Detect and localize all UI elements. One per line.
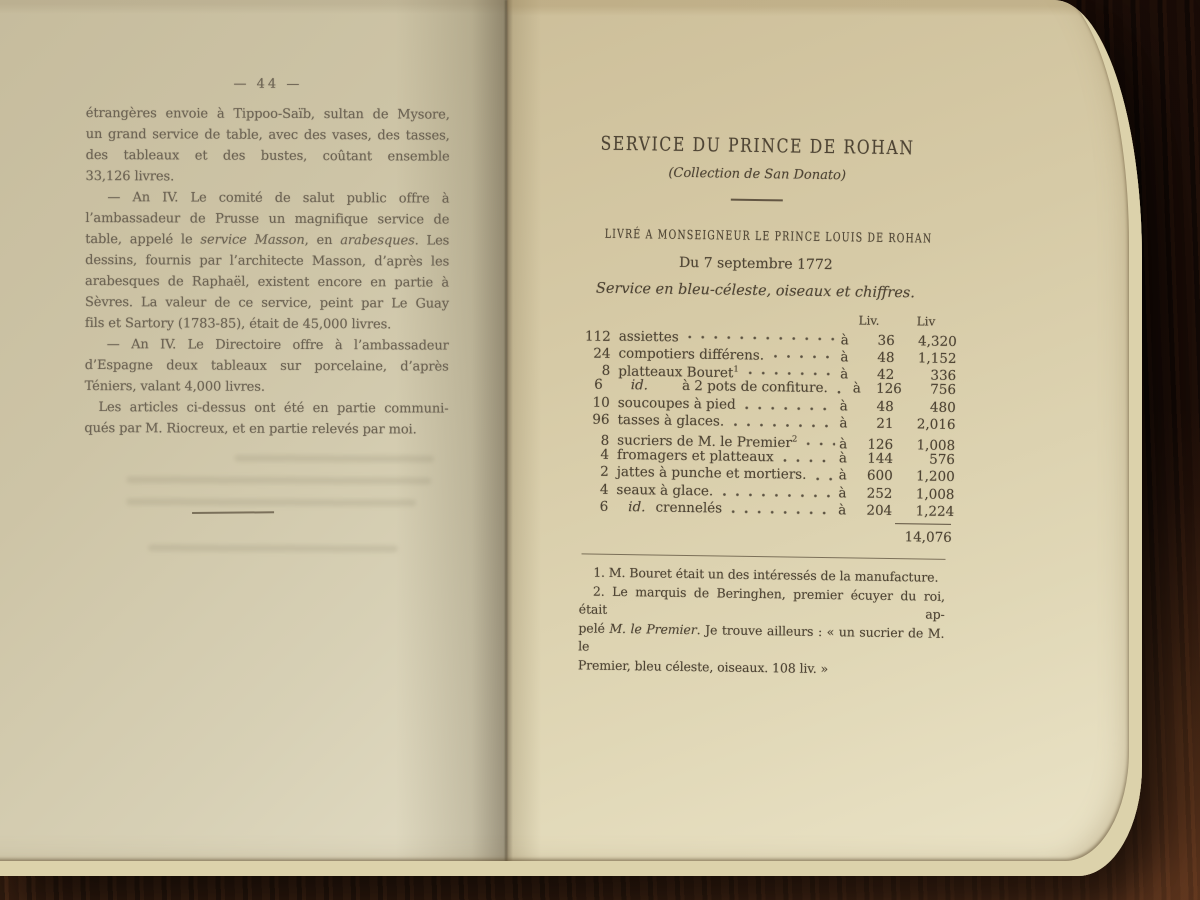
quantity: 96 xyxy=(551,411,609,429)
dotted-leader xyxy=(688,335,837,341)
text-line: arabesques de Raphaël, existent encore e… xyxy=(85,271,449,294)
text-line: l’ambassadeur de Prusse un magnifique se… xyxy=(85,208,449,231)
price-table: 112 assiettes à 36 4,320 24 compotiers d… xyxy=(550,324,957,521)
line-total: 1,152 xyxy=(894,350,956,368)
page-number: — 44 — xyxy=(86,76,450,93)
text-line: 33,126 livres. xyxy=(85,166,449,189)
text-segment: table, appelé le xyxy=(85,232,200,248)
dotted-leader xyxy=(733,423,835,429)
line-total: 480 xyxy=(894,399,956,417)
unit-price: 21 xyxy=(853,415,893,433)
total-rule xyxy=(895,523,951,525)
text-line: — An IV. Le Directoire offre à l’ambassa… xyxy=(85,334,449,357)
idem-abbreviation: id. xyxy=(631,377,649,393)
text-segment: . Les xyxy=(415,233,450,248)
price-preposition: à xyxy=(839,415,847,433)
showthrough-ghost-line xyxy=(126,476,431,484)
price-preposition: à xyxy=(840,367,848,385)
service-description: Service en bleu-céleste, oiseaux et chif… xyxy=(553,280,957,302)
italic-segment: service Masson xyxy=(200,233,304,248)
text-line: Les articles ci-dessus ont été en partie… xyxy=(84,397,448,420)
text-line: qués par M. Riocreux, et en partie relev… xyxy=(84,418,448,441)
footnote-2-line: pelé M. le Premier. Je trouve ailleurs :… xyxy=(578,619,945,661)
quantity: 24 xyxy=(552,345,610,363)
right-page-text-block: SERVICE DU PRINCE DE ROHAN (Collection d… xyxy=(548,118,960,680)
date-line: Du 7 septembre 1772 xyxy=(554,253,958,275)
footnote-separator xyxy=(582,554,946,560)
footnotes-block: 1. M. Bouret était un des intéressés de … xyxy=(578,564,946,680)
text-line: étrangères envoie à Tippoo-Saïb, sultan … xyxy=(86,103,450,126)
unit-price: 204 xyxy=(852,502,892,520)
article-title: SERVICE DU PRINCE DE ROHAN xyxy=(592,133,924,160)
quantity: 2 xyxy=(551,463,609,481)
line-total: 576 xyxy=(893,451,955,469)
title-rule xyxy=(731,199,783,202)
line-total: 2,016 xyxy=(893,416,955,434)
price-preposition: à xyxy=(853,381,861,399)
collection-subtitle: (Collection de San Donato) xyxy=(555,164,959,185)
column-header-unit-livres: Liv. xyxy=(843,313,895,329)
footnote-marker: 1 xyxy=(733,364,739,374)
unit-price: 144 xyxy=(853,450,893,468)
text-line: un grand service de table, avec des vase… xyxy=(86,124,450,147)
unit-price: 36 xyxy=(855,332,895,350)
item-label: id.crennelés xyxy=(616,499,722,518)
showthrough-ghost-line xyxy=(126,498,416,506)
price-preposition: à xyxy=(840,349,848,367)
dedication-line: LIVRÉ A MONSEIGNEUR LE PRINCE LOUIS DE R… xyxy=(605,226,908,245)
idem-abbreviation: id. xyxy=(628,499,646,515)
unit-price: 252 xyxy=(852,485,892,503)
dotted-leader xyxy=(783,459,835,464)
unit-price: 48 xyxy=(854,349,894,367)
price-preposition: à xyxy=(841,332,849,350)
dotted-leader xyxy=(722,492,834,498)
unit-price: 48 xyxy=(854,398,894,416)
column-header-total-livres: Liv xyxy=(895,314,957,330)
price-preposition: à xyxy=(838,502,846,520)
dotted-leader xyxy=(837,390,849,394)
text-line: Sèvres. La valeur de ce service, peint p… xyxy=(85,292,449,315)
line-total: 1,008 xyxy=(892,486,954,504)
showthrough-ghost-line xyxy=(148,544,398,552)
item-label: seaux à glace. xyxy=(616,481,713,500)
text-line: dessins, fournis par l’architecte Masson… xyxy=(85,250,449,273)
showthrough-ghost-line xyxy=(234,455,434,463)
dotted-leader xyxy=(745,406,836,411)
line-total: 756 xyxy=(902,381,956,399)
book-gutter xyxy=(504,0,508,876)
dotted-leader xyxy=(748,371,836,376)
price-preposition: à xyxy=(839,450,847,468)
dotted-leader xyxy=(806,441,835,445)
item-label: tasses à glaces. xyxy=(617,412,724,431)
line-total: 1,200 xyxy=(893,468,955,486)
quantity: 6 xyxy=(552,376,603,394)
dotted-leader xyxy=(815,476,834,480)
price-preposition: à xyxy=(839,467,847,485)
text-line: fils et Sartory (1783-85), était de 45,0… xyxy=(85,313,449,336)
price-preposition: à xyxy=(840,398,848,416)
dotted-leader xyxy=(731,510,834,516)
dotted-leader xyxy=(773,354,836,359)
italic-segment: M. le Premier xyxy=(609,621,696,637)
price-preposition: à xyxy=(838,485,846,503)
book-photograph: — 44 — étrangères envoie à Tippoo-Saïb, … xyxy=(0,0,1200,900)
quantity: 4 xyxy=(550,480,608,498)
quantity: 112 xyxy=(553,327,611,345)
open-book: — 44 — étrangères envoie à Tippoo-Saïb, … xyxy=(0,0,1142,876)
italic-segment: arabesques xyxy=(340,233,415,248)
quantity: 4 xyxy=(551,446,609,464)
unit-price: 600 xyxy=(853,468,893,486)
unit-price: 126 xyxy=(867,381,902,399)
quantity: 6 xyxy=(550,498,608,516)
item-label: soucoupes à pied xyxy=(618,395,736,414)
text-segment: , en xyxy=(305,233,341,248)
text-line: des tableaux et des bustes, coûtant ense… xyxy=(86,145,450,168)
footnote-marker: 2 xyxy=(792,435,798,445)
line-total: 1,224 xyxy=(892,503,954,521)
text-line: — An IV. Le comité de salut public offre… xyxy=(85,187,449,210)
text-line: Téniers, valant 4,000 livres. xyxy=(85,376,449,399)
section-end-rule xyxy=(192,511,274,514)
footnote-2-line: 2. Le marquis de Beringhen, premier écuy… xyxy=(579,582,946,624)
text-line: d’Espagne deux tableaux sur porcelaine, … xyxy=(85,355,449,378)
left-page-text-block: — 44 — étrangères envoie à Tippoo-Saïb, … xyxy=(84,70,450,515)
text-line: table, appelé le service Masson, en arab… xyxy=(85,229,449,252)
text-segment: pelé xyxy=(578,620,609,635)
table-total: 14,076 xyxy=(550,524,954,546)
quantity: 10 xyxy=(552,394,610,412)
line-total: 4,320 xyxy=(895,333,957,351)
